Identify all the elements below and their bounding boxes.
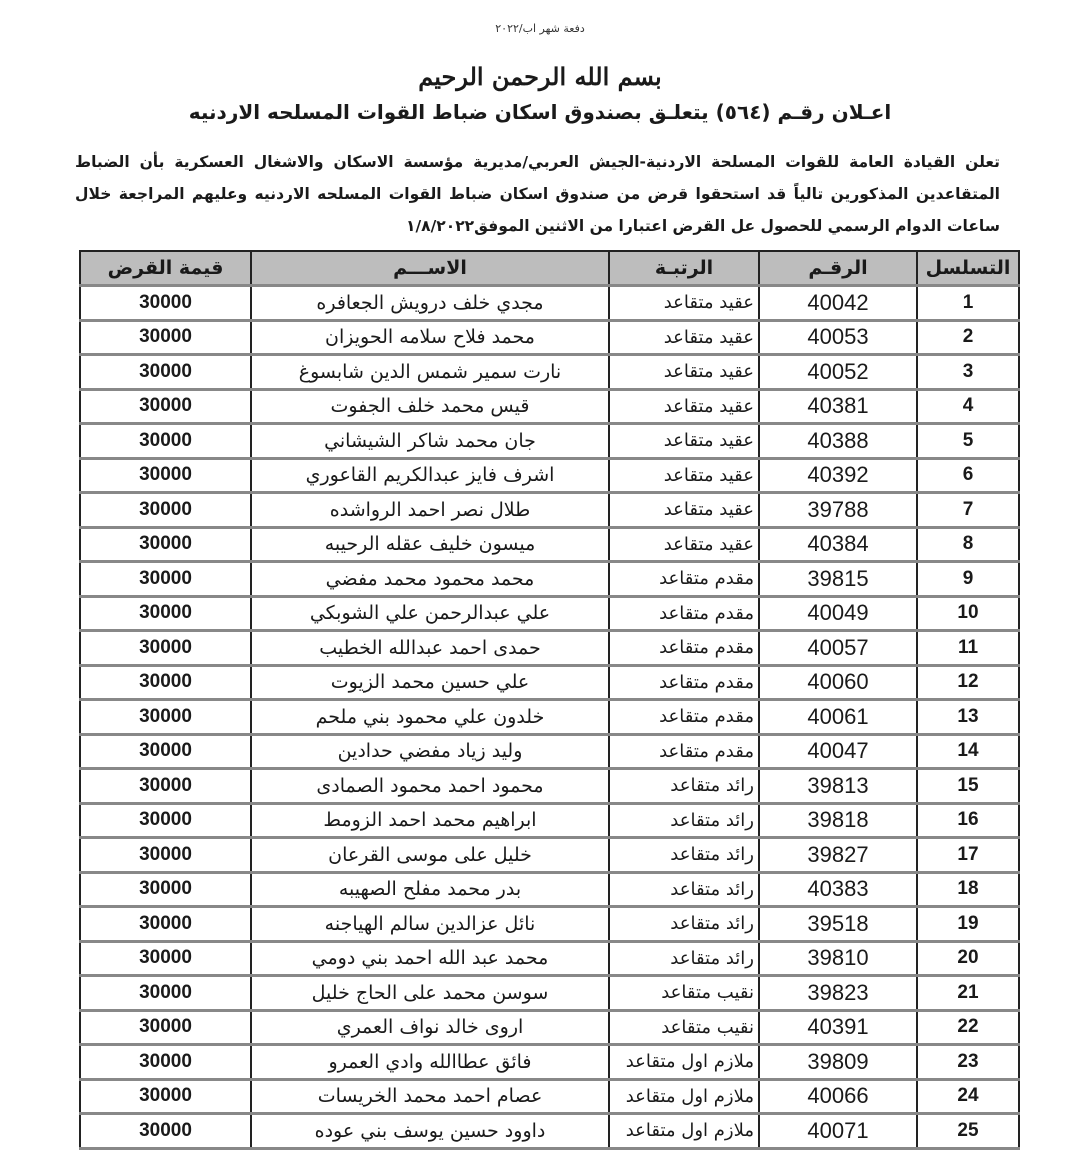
cell-number: 40381 bbox=[759, 389, 917, 424]
table-row: 240053عقيد متقاعدمحمد فلاح سلامه الحويزا… bbox=[80, 320, 1019, 355]
cell-number: 39818 bbox=[759, 803, 917, 838]
cell-amount: 30000 bbox=[80, 1010, 251, 1045]
cell-seq: 17 bbox=[917, 838, 1019, 873]
cell-name: جان محمد شاكر الشيشاني bbox=[251, 424, 609, 459]
cell-amount: 30000 bbox=[80, 1114, 251, 1149]
cell-rank: عقيد متقاعد bbox=[609, 389, 759, 424]
header-rank: الرتبـة bbox=[609, 251, 759, 286]
cell-amount: 30000 bbox=[80, 527, 251, 562]
cell-number: 40388 bbox=[759, 424, 917, 459]
table-row: 2240391نقيب متقاعداروى خالد نواف العمري3… bbox=[80, 1010, 1019, 1045]
cell-name: بدر محمد مفلح الصهيبه bbox=[251, 872, 609, 907]
cell-name: خلدون علي محمود بني ملحم bbox=[251, 700, 609, 735]
cell-rank: نقيب متقاعد bbox=[609, 1010, 759, 1045]
cell-seq: 13 bbox=[917, 700, 1019, 735]
batch-label: دفعة شهر اب/٢٠٢٢ bbox=[0, 22, 1080, 35]
cell-name: وليد زياد مفضي حدادين bbox=[251, 734, 609, 769]
cell-seq: 3 bbox=[917, 355, 1019, 390]
cell-amount: 30000 bbox=[80, 286, 251, 321]
cell-number: 39827 bbox=[759, 838, 917, 873]
cell-amount: 30000 bbox=[80, 872, 251, 907]
table-row: 739788عقيد متقاعدطلال نصر احمد الرواشده3… bbox=[80, 493, 1019, 528]
cell-name: ابراهيم محمد احمد الزومط bbox=[251, 803, 609, 838]
table-row: 1939518رائد متقاعدنائل عزالدين سالم الهي… bbox=[80, 907, 1019, 942]
cell-seq: 5 bbox=[917, 424, 1019, 459]
table-row: 140042عقيد متقاعدمجدي خلف درويش الجعافره… bbox=[80, 286, 1019, 321]
cell-seq: 4 bbox=[917, 389, 1019, 424]
cell-seq: 16 bbox=[917, 803, 1019, 838]
cell-rank: عقيد متقاعد bbox=[609, 493, 759, 528]
cell-number: 40061 bbox=[759, 700, 917, 735]
cell-seq: 6 bbox=[917, 458, 1019, 493]
cell-name: سوسن محمد على الحاج خليل bbox=[251, 976, 609, 1011]
table-row: 440381عقيد متقاعدقيس محمد خلف الجفوت3000… bbox=[80, 389, 1019, 424]
cell-amount: 30000 bbox=[80, 769, 251, 804]
table-header-row: التسلسل الرقـم الرتبـة الاســـم قيمة الق… bbox=[80, 251, 1019, 286]
cell-name: محمد فلاح سلامه الحويزان bbox=[251, 320, 609, 355]
cell-seq: 11 bbox=[917, 631, 1019, 666]
cell-name: اشرف فايز عبدالكريم القاعوري bbox=[251, 458, 609, 493]
cell-name: اروى خالد نواف العمري bbox=[251, 1010, 609, 1045]
cell-rank: مقدم متقاعد bbox=[609, 596, 759, 631]
cell-number: 40042 bbox=[759, 286, 917, 321]
cell-number: 39823 bbox=[759, 976, 917, 1011]
cell-amount: 30000 bbox=[80, 1079, 251, 1114]
cell-amount: 30000 bbox=[80, 665, 251, 700]
header-name: الاســـم bbox=[251, 251, 609, 286]
cell-number: 39809 bbox=[759, 1045, 917, 1080]
cell-amount: 30000 bbox=[80, 803, 251, 838]
announcement-page: دفعة شهر اب/٢٠٢٢ بسم الله الرحمن الرحيم … bbox=[0, 0, 1080, 1162]
cell-number: 39788 bbox=[759, 493, 917, 528]
cell-name: محمود احمد محمود الصمادى bbox=[251, 769, 609, 804]
cell-seq: 14 bbox=[917, 734, 1019, 769]
cell-number: 40392 bbox=[759, 458, 917, 493]
cell-amount: 30000 bbox=[80, 700, 251, 735]
cell-name: علي حسين محمد الزيوت bbox=[251, 665, 609, 700]
cell-rank: رائد متقاعد bbox=[609, 872, 759, 907]
cell-number: 40049 bbox=[759, 596, 917, 631]
header-number: الرقـم bbox=[759, 251, 917, 286]
cell-seq: 15 bbox=[917, 769, 1019, 804]
table-row: 340052عقيد متقاعدنارت سمير شمس الدين شاب… bbox=[80, 355, 1019, 390]
cell-seq: 23 bbox=[917, 1045, 1019, 1080]
cell-rank: عقيد متقاعد bbox=[609, 458, 759, 493]
cell-seq: 9 bbox=[917, 562, 1019, 597]
cell-number: 39815 bbox=[759, 562, 917, 597]
cell-seq: 1 bbox=[917, 286, 1019, 321]
cell-rank: عقيد متقاعد bbox=[609, 320, 759, 355]
cell-seq: 10 bbox=[917, 596, 1019, 631]
cell-rank: عقيد متقاعد bbox=[609, 286, 759, 321]
cell-name: طلال نصر احمد الرواشده bbox=[251, 493, 609, 528]
cell-amount: 30000 bbox=[80, 976, 251, 1011]
cell-amount: 30000 bbox=[80, 320, 251, 355]
cell-number: 40383 bbox=[759, 872, 917, 907]
cell-number: 40052 bbox=[759, 355, 917, 390]
cell-amount: 30000 bbox=[80, 355, 251, 390]
cell-name: ميسون خليف عقله الرحيبه bbox=[251, 527, 609, 562]
cell-rank: رائد متقاعد bbox=[609, 907, 759, 942]
loan-recipients-table: التسلسل الرقـم الرتبـة الاســـم قيمة الق… bbox=[79, 250, 1020, 1150]
cell-seq: 7 bbox=[917, 493, 1019, 528]
cell-seq: 8 bbox=[917, 527, 1019, 562]
cell-rank: مقدم متقاعد bbox=[609, 665, 759, 700]
cell-name: نائل عزالدين سالم الهياجنه bbox=[251, 907, 609, 942]
cell-seq: 20 bbox=[917, 941, 1019, 976]
cell-number: 39810 bbox=[759, 941, 917, 976]
cell-rank: عقيد متقاعد bbox=[609, 355, 759, 390]
cell-seq: 18 bbox=[917, 872, 1019, 907]
cell-amount: 30000 bbox=[80, 734, 251, 769]
cell-name: مجدي خلف درويش الجعافره bbox=[251, 286, 609, 321]
table-row: 1140057مقدم متقاعدحمدى احمد عبدالله الخط… bbox=[80, 631, 1019, 666]
cell-rank: مقدم متقاعد bbox=[609, 700, 759, 735]
cell-name: حمدى احمد عبدالله الخطيب bbox=[251, 631, 609, 666]
table-row: 1639818رائد متقاعدابراهيم محمد احمد الزو… bbox=[80, 803, 1019, 838]
cell-amount: 30000 bbox=[80, 562, 251, 597]
cell-name: داوود حسين يوسف بني عوده bbox=[251, 1114, 609, 1149]
cell-name: خليل على موسى القرعان bbox=[251, 838, 609, 873]
table-row: 939815مقدم متقاعدمحمد محمود محمد مفضي300… bbox=[80, 562, 1019, 597]
table-row: 2540071ملازم اول متقاعدداوود حسين يوسف ب… bbox=[80, 1114, 1019, 1149]
cell-seq: 2 bbox=[917, 320, 1019, 355]
cell-rank: رائد متقاعد bbox=[609, 769, 759, 804]
cell-number: 40047 bbox=[759, 734, 917, 769]
cell-number: 40053 bbox=[759, 320, 917, 355]
table-row: 1040049مقدم متقاعدعلي عبدالرحمن علي الشو… bbox=[80, 596, 1019, 631]
announcement-title: اعـلان رقـم (٥٦٤) يتعلـق بصندوق اسكان ضب… bbox=[0, 100, 1080, 124]
header-seq: التسلسل bbox=[917, 251, 1019, 286]
cell-seq: 22 bbox=[917, 1010, 1019, 1045]
cell-number: 40071 bbox=[759, 1114, 917, 1149]
table-row: 1840383رائد متقاعدبدر محمد مفلح الصهيبه3… bbox=[80, 872, 1019, 907]
table-row: 1440047مقدم متقاعدوليد زياد مفضي حدادين3… bbox=[80, 734, 1019, 769]
cell-seq: 25 bbox=[917, 1114, 1019, 1149]
cell-rank: مقدم متقاعد bbox=[609, 734, 759, 769]
cell-rank: رائد متقاعد bbox=[609, 803, 759, 838]
cell-amount: 30000 bbox=[80, 389, 251, 424]
header-amount: قيمة القرض bbox=[80, 251, 251, 286]
cell-number: 40066 bbox=[759, 1079, 917, 1114]
cell-amount: 30000 bbox=[80, 424, 251, 459]
announcement-body: تعلن القيادة العامة للقوات المسلحة الارد… bbox=[75, 146, 1000, 242]
cell-amount: 30000 bbox=[80, 907, 251, 942]
cell-number: 39813 bbox=[759, 769, 917, 804]
table-row: 640392عقيد متقاعداشرف فايز عبدالكريم الق… bbox=[80, 458, 1019, 493]
cell-rank: عقيد متقاعد bbox=[609, 527, 759, 562]
cell-rank: مقدم متقاعد bbox=[609, 631, 759, 666]
cell-amount: 30000 bbox=[80, 458, 251, 493]
table-row: 2440066ملازم اول متقاعدعصام احمد محمد ال… bbox=[80, 1079, 1019, 1114]
cell-rank: رائد متقاعد bbox=[609, 941, 759, 976]
cell-name: علي عبدالرحمن علي الشوبكي bbox=[251, 596, 609, 631]
cell-amount: 30000 bbox=[80, 1045, 251, 1080]
table-row: 1539813رائد متقاعدمحمود احمد محمود الصما… bbox=[80, 769, 1019, 804]
cell-number: 40057 bbox=[759, 631, 917, 666]
cell-amount: 30000 bbox=[80, 596, 251, 631]
table-row: 1240060مقدم متقاعدعلي حسين محمد الزيوت30… bbox=[80, 665, 1019, 700]
table-row: 840384عقيد متقاعدميسون خليف عقله الرحيبه… bbox=[80, 527, 1019, 562]
cell-name: محمد محمود محمد مفضي bbox=[251, 562, 609, 597]
table-row: 1739827رائد متقاعدخليل على موسى القرعان3… bbox=[80, 838, 1019, 873]
cell-name: نارت سمير شمس الدين شابسوغ bbox=[251, 355, 609, 390]
table-row: 540388عقيد متقاعدجان محمد شاكر الشيشاني3… bbox=[80, 424, 1019, 459]
cell-amount: 30000 bbox=[80, 941, 251, 976]
cell-name: عصام احمد محمد الخريسات bbox=[251, 1079, 609, 1114]
cell-number: 40391 bbox=[759, 1010, 917, 1045]
cell-amount: 30000 bbox=[80, 838, 251, 873]
cell-rank: ملازم اول متقاعد bbox=[609, 1114, 759, 1149]
basmala-heading: بسم الله الرحمن الرحيم bbox=[0, 62, 1080, 91]
cell-rank: ملازم اول متقاعد bbox=[609, 1079, 759, 1114]
table-row: 2139823نقيب متقاعدسوسن محمد على الحاج خل… bbox=[80, 976, 1019, 1011]
table-row: 1340061مقدم متقاعدخلدون علي محمود بني مل… bbox=[80, 700, 1019, 735]
cell-amount: 30000 bbox=[80, 493, 251, 528]
cell-rank: مقدم متقاعد bbox=[609, 562, 759, 597]
cell-rank: عقيد متقاعد bbox=[609, 424, 759, 459]
cell-rank: نقيب متقاعد bbox=[609, 976, 759, 1011]
table-row: 2039810رائد متقاعدمحمد عبد الله احمد بني… bbox=[80, 941, 1019, 976]
cell-number: 40384 bbox=[759, 527, 917, 562]
cell-rank: ملازم اول متقاعد bbox=[609, 1045, 759, 1080]
cell-rank: رائد متقاعد bbox=[609, 838, 759, 873]
cell-seq: 21 bbox=[917, 976, 1019, 1011]
cell-seq: 12 bbox=[917, 665, 1019, 700]
table-row: 2339809ملازم اول متقاعدفائق عطاالله وادي… bbox=[80, 1045, 1019, 1080]
cell-name: فائق عطاالله وادي العمرو bbox=[251, 1045, 609, 1080]
cell-seq: 24 bbox=[917, 1079, 1019, 1114]
cell-seq: 19 bbox=[917, 907, 1019, 942]
cell-number: 40060 bbox=[759, 665, 917, 700]
cell-amount: 30000 bbox=[80, 631, 251, 666]
cell-name: محمد عبد الله احمد بني دومي bbox=[251, 941, 609, 976]
cell-number: 39518 bbox=[759, 907, 917, 942]
cell-name: قيس محمد خلف الجفوت bbox=[251, 389, 609, 424]
